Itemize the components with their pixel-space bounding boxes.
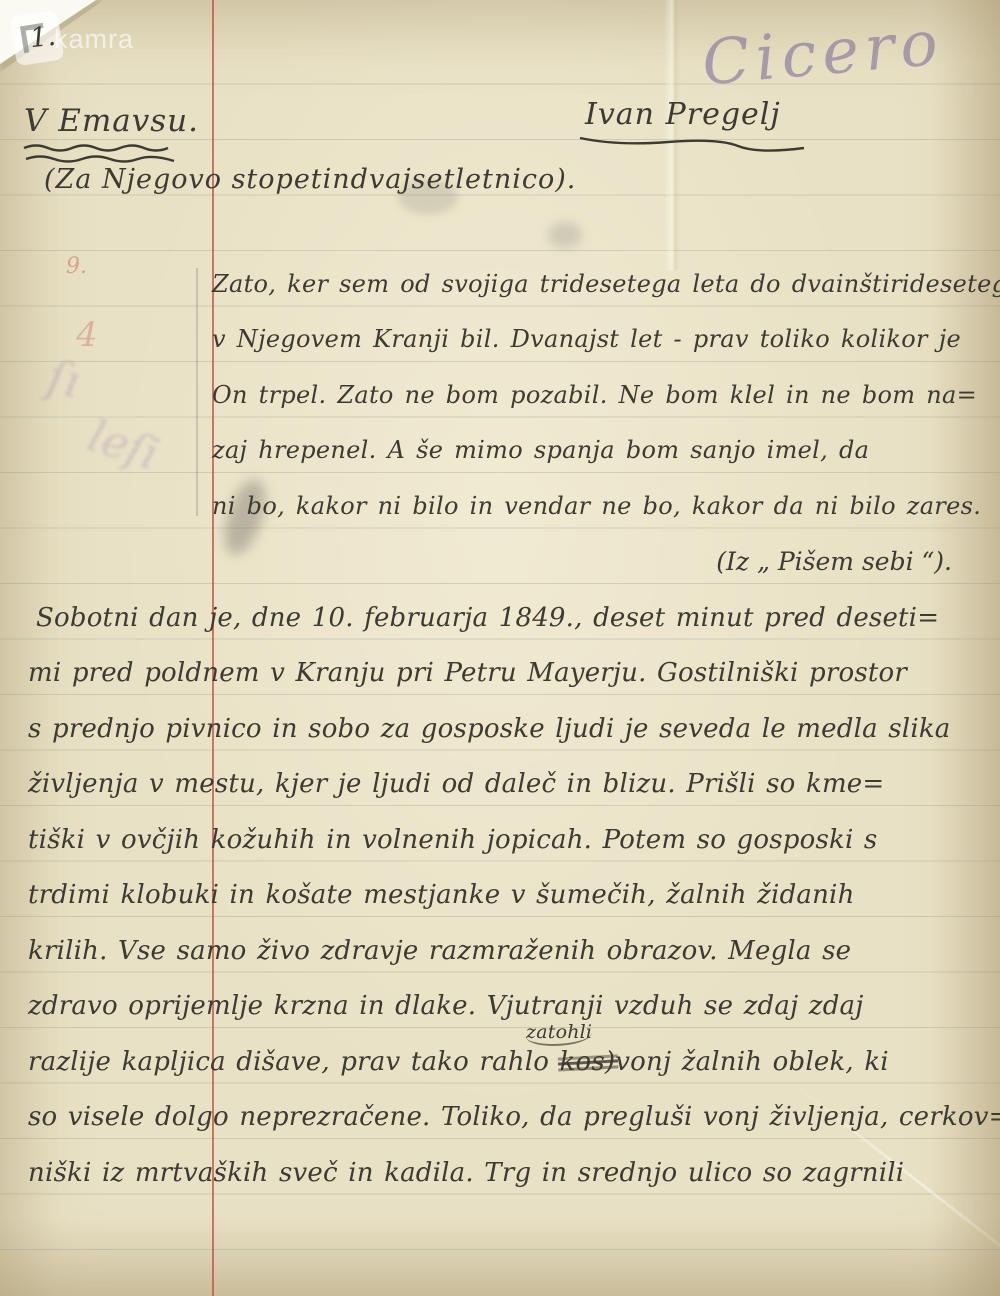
interlinear-insertion: zatohli: [526, 1023, 592, 1046]
quote-line: On trpel. Zato ne bom pozabil. Ne bom kl…: [212, 383, 977, 407]
body-line: življenja v mestu, kjer je ljudi od dale…: [28, 771, 884, 797]
body-line: mi pred poldnem v Kranju pri Petru Mayer…: [28, 660, 907, 686]
body-line: Sobotni dan je, dne 10. februarja 1849.,…: [36, 605, 939, 631]
edit-after-text: vonj žalnih oblek, ki: [615, 1047, 889, 1077]
red-pencil-mark: 9.: [66, 256, 87, 278]
author-underline: [578, 132, 808, 154]
page-title: V Emavsu.: [24, 106, 199, 137]
struck-word: kos): [560, 1047, 616, 1077]
body-line: tiški v ovčjih kožuhih in volnenih jopic…: [28, 827, 877, 853]
quote-attribution: (Iz „ Pišem sebi “).: [212, 549, 952, 574]
body-line: niški iz mrtvaških sveč in kadila. Trg i…: [28, 1160, 904, 1186]
quote-line: ni bo, kakor ni bilo in vendar ne bo, ka…: [212, 494, 981, 518]
subtitle: (Za Njegovo stopetindvajsetletnico).: [44, 166, 576, 193]
body-line-with-correction: razlije kapljica dišave, prav tako rahlo…: [28, 1049, 889, 1075]
manuscript-page: kamra 1. Cicero 9. 4 ſı leſi V Emavsu. I…: [0, 0, 1000, 1296]
page-number: 1.: [29, 23, 57, 53]
body-line: s prednjo pivnico in sobo za gosposke lj…: [28, 716, 951, 742]
author-name: Ivan Pregelj: [585, 100, 781, 130]
pencil-margin-line: [196, 268, 198, 516]
quote-line: zaj hrepenel. A še mimo spanja bom sanjo…: [212, 438, 869, 462]
ink-smudge: [548, 222, 582, 248]
quote-line: v Njegovem Kranji bil. Dvanajst let - pr…: [212, 327, 961, 351]
red-pencil-mark: 4: [76, 318, 98, 352]
body-line: so visele dolgo neprezračene. Toliko, da…: [28, 1104, 1000, 1130]
body-line: krilih. Vse samo živo zdravje razmraženi…: [28, 938, 851, 964]
body-line: trdimi klobuki in košate mestjanke v šum…: [28, 882, 855, 908]
watermark-text: kamra: [54, 24, 134, 55]
body-line: zdravo oprijemlje krzna in dlake. Vjutra…: [28, 993, 864, 1019]
edit-before-text: razlije kapljica dišave, prav tako rahlo: [28, 1047, 560, 1077]
quote-line: Zato, ker sem od svojiga tridesetega let…: [212, 272, 1000, 296]
